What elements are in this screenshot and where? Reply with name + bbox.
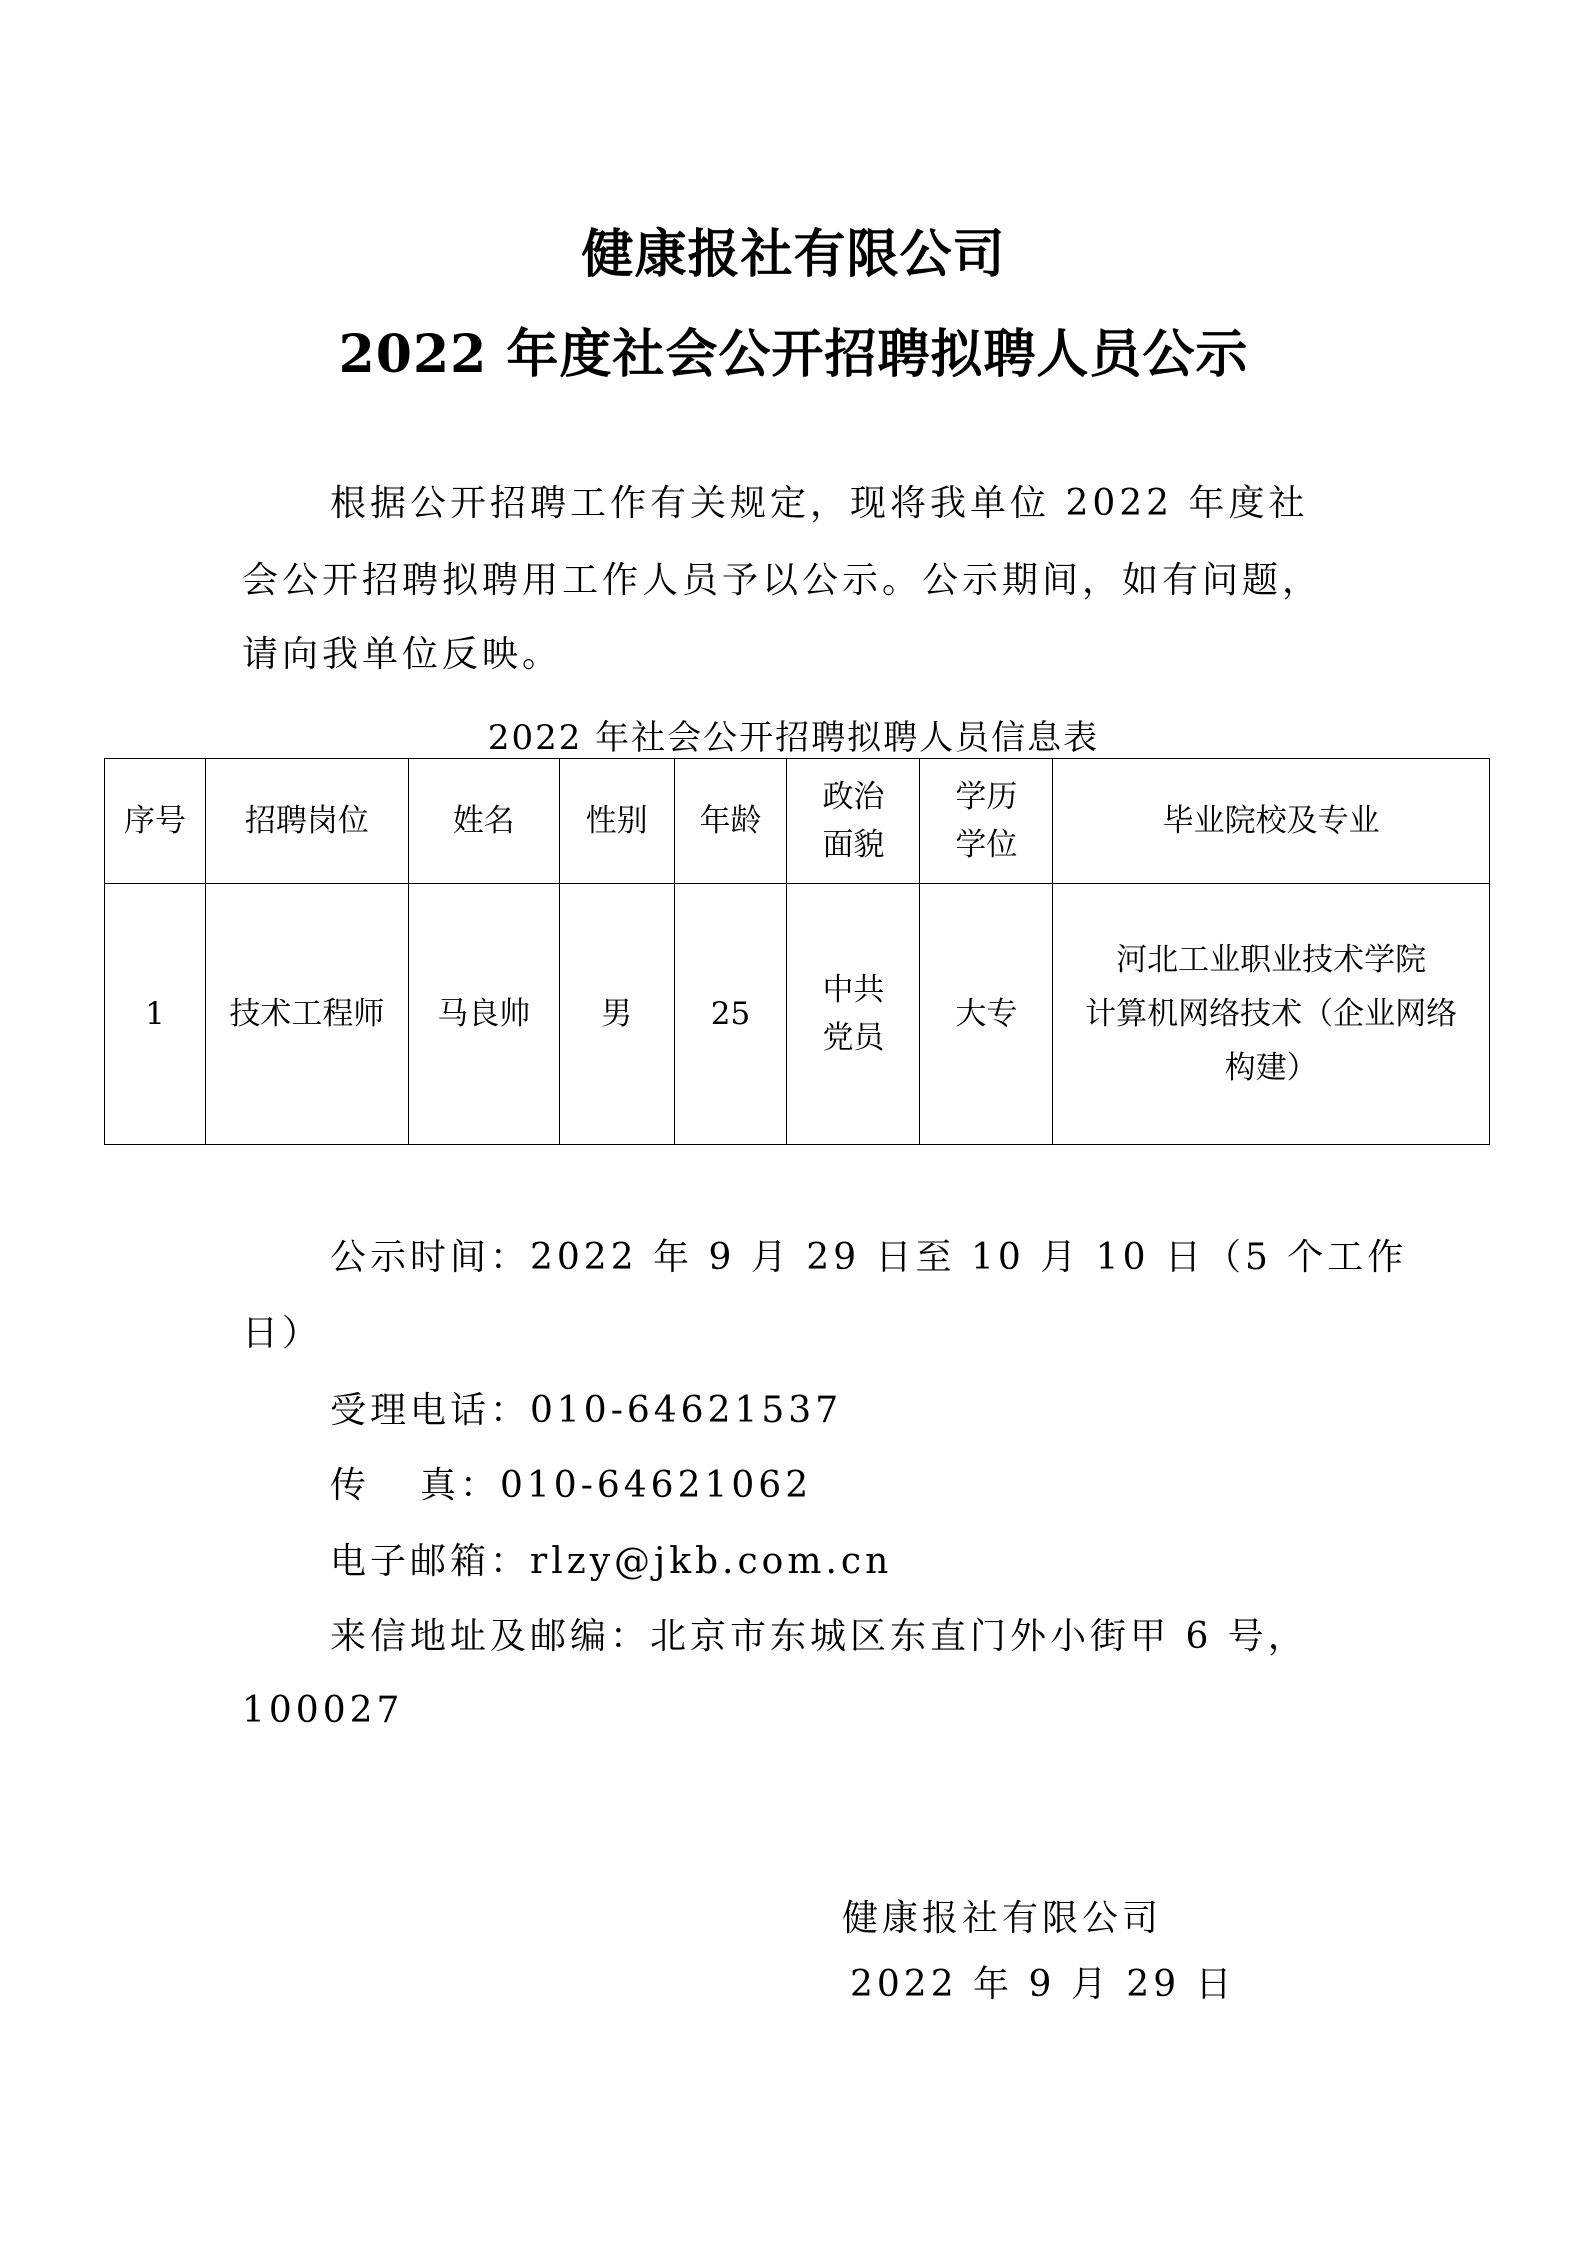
header-age: 年龄 — [674, 759, 787, 884]
header-political-line1: 政治 — [787, 773, 919, 821]
header-political-status: 政治 面貌 — [787, 759, 920, 884]
cell-political-line1: 中共 — [787, 966, 919, 1014]
notice-period-line-2: 日） — [242, 1316, 322, 1352]
intro-line-3: 请向我单位反映。 — [242, 637, 562, 673]
table-caption: 2022 年社会公开招聘拟聘人员信息表 — [0, 710, 1587, 759]
document-title-org: 健康报社有限公司 — [0, 212, 1587, 287]
info-table: 序号 招聘岗位 姓名 性别 年龄 政治 面貌 学历 学位 毕业院校及专业 1 技… — [104, 758, 1490, 1145]
notice-fax: 真：010-64621062 — [420, 1468, 812, 1504]
cell-gender: 男 — [559, 884, 674, 1145]
notice-period-line-1: 公示时间：2022 年 9 月 29 日至 10 月 10 日（5 个工作 — [330, 1240, 1407, 1276]
header-education-line1: 学历 — [920, 773, 1052, 821]
cell-school-major: 河北工业职业技术学院 计算机网络技术（企业网络 构建） — [1053, 884, 1490, 1145]
cell-school: 河北工业职业技术学院 — [1053, 933, 1489, 987]
signature-date: 2022 年 9 月 29 日 — [850, 1956, 1236, 2007]
cell-political-status: 中共 党员 — [787, 884, 920, 1145]
header-education-line2: 学位 — [920, 821, 1052, 869]
notice-fax-label: 传 — [330, 1468, 370, 1504]
cell-major-line2: 构建） — [1053, 1041, 1489, 1095]
cell-index: 1 — [105, 884, 206, 1145]
cell-name: 马良帅 — [408, 884, 559, 1145]
header-name: 姓名 — [408, 759, 559, 884]
intro-line-1: 根据公开招聘工作有关规定，现将我单位 2022 年度社 — [330, 486, 1309, 522]
header-gender: 性别 — [559, 759, 674, 884]
header-position: 招聘岗位 — [205, 759, 408, 884]
header-index: 序号 — [105, 759, 206, 884]
notice-phone: 受理电话：010-64621537 — [330, 1393, 842, 1429]
header-education: 学历 学位 — [920, 759, 1053, 884]
cell-position: 技术工程师 — [205, 884, 408, 1145]
cell-age: 25 — [674, 884, 787, 1145]
document-title: 2022 年度社会公开招聘拟聘人员公示 — [0, 312, 1587, 387]
notice-email: 电子邮箱：rlzy@jkb.com.cn — [330, 1544, 892, 1580]
header-political-line2: 面貌 — [787, 821, 919, 869]
signature-org: 健康报社有限公司 — [842, 1890, 1162, 1941]
notice-address-line-2: 100027 — [242, 1693, 403, 1729]
cell-major-line1: 计算机网络技术（企业网络 — [1053, 987, 1489, 1041]
notice-address-line-1: 来信地址及邮编：北京市东城区东直门外小街甲 6 号， — [330, 1619, 1308, 1655]
header-school-major: 毕业院校及专业 — [1053, 759, 1490, 884]
cell-education: 大专 — [920, 884, 1053, 1145]
cell-political-line2: 党员 — [787, 1014, 919, 1062]
table-header-row: 序号 招聘岗位 姓名 性别 年龄 政治 面貌 学历 学位 毕业院校及专业 — [105, 759, 1490, 884]
table-row: 1 技术工程师 马良帅 男 25 中共 党员 大专 河北工业职业技术学院 计算机… — [105, 884, 1490, 1145]
intro-line-2: 会公开招聘拟聘用工作人员予以公示。公示期间，如有问题， — [242, 563, 1322, 599]
